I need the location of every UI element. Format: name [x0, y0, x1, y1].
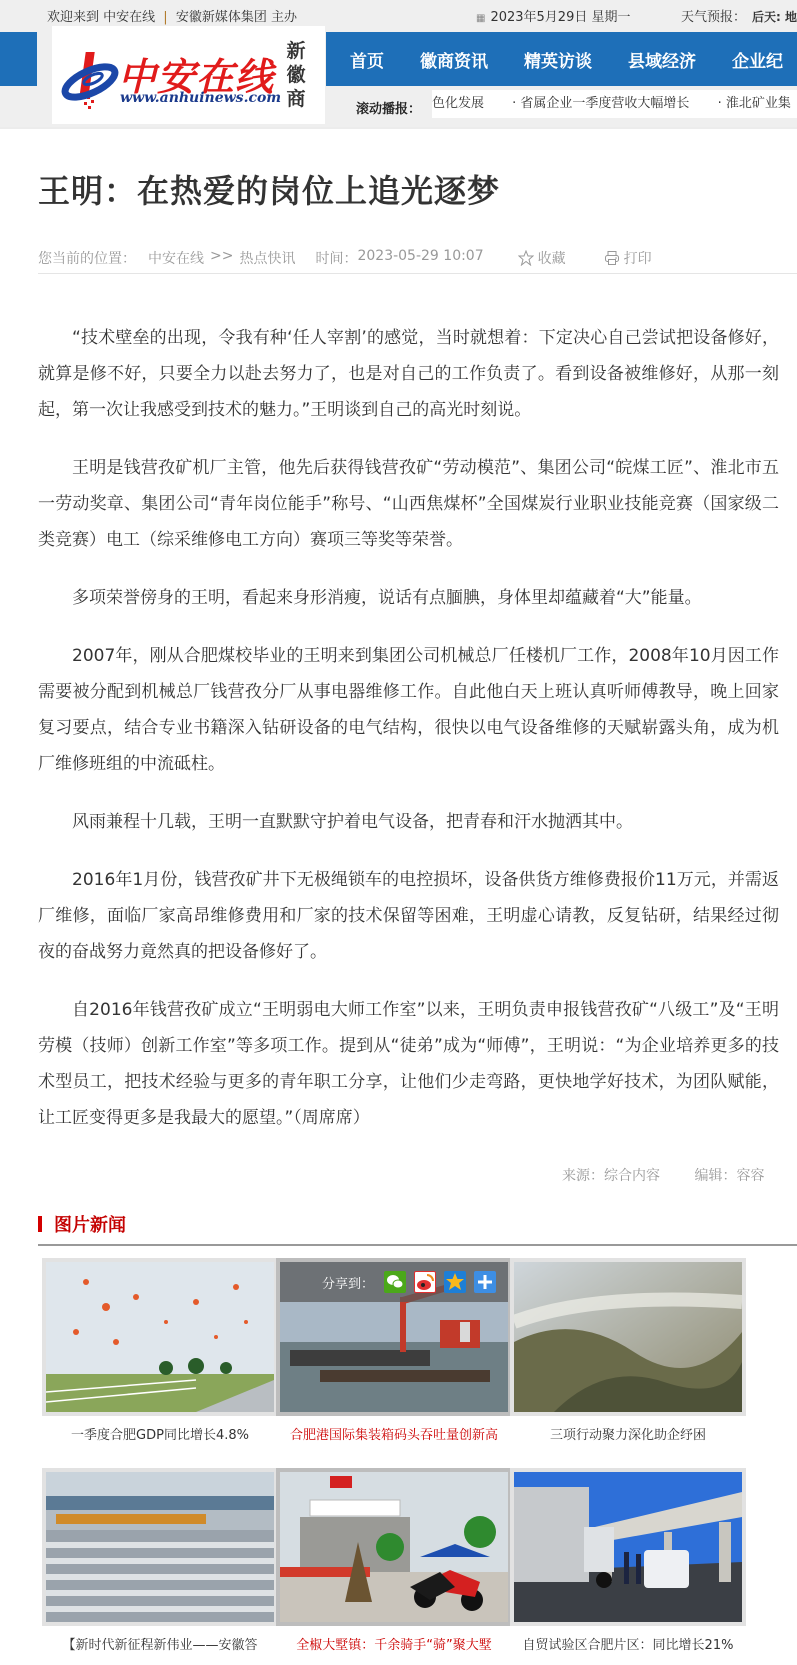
- main-nav: 首页 徽商资讯 精英访谈 县域经济 企业纪: [326, 32, 795, 86]
- channel-name: 新 徽 商: [284, 39, 308, 111]
- terraces-image: [514, 1262, 742, 1412]
- share-bar: 分享到：: [280, 1262, 508, 1302]
- motorbikes-image: [280, 1472, 508, 1622]
- meta-divider: [38, 273, 797, 274]
- news-image-terraces[interactable]: [510, 1258, 746, 1416]
- nav-left-strip: [0, 32, 37, 86]
- nav-item-county-economy[interactable]: 县域经济: [628, 47, 696, 72]
- welcome-separator: |: [163, 10, 167, 25]
- printer-icon: [604, 250, 620, 266]
- print-button[interactable]: 打印: [604, 248, 652, 268]
- news-caption[interactable]: 三项行动聚力深化助企纾困: [510, 1424, 746, 1443]
- news-caption[interactable]: 自贸试验区合肥片区：同比增长21%: [510, 1634, 746, 1653]
- picture-news-item[interactable]: 一季度合肥GDP同比增长4.8%: [42, 1258, 278, 1443]
- ticker-label: 滚动播报：: [356, 98, 421, 117]
- welcome-text: 欢迎来到 中安在线 | 安徽新媒体集团 主办: [47, 6, 297, 25]
- news-caption[interactable]: 合肥港国际集装箱码头吞吐量创新高: [276, 1424, 512, 1443]
- calendar-icon: ▦: [476, 13, 485, 24]
- ticker-item[interactable]: · 淮北矿业集: [718, 96, 791, 111]
- picture-news-item[interactable]: 三项行动聚力深化助企纾困: [510, 1258, 746, 1443]
- article-paragraph: 2007年，刚从合肥煤校毕业的王明来到集团公司机械总厂任楼机厂工作，2008年1…: [38, 638, 779, 782]
- news-image-port[interactable]: 分享到：: [276, 1258, 512, 1416]
- favorite-label: 收藏: [538, 248, 566, 268]
- channel-char: 新: [284, 39, 308, 63]
- article-paragraph: 自2016年钱营孜矿成立“王明弱电大师工作室”以来，王明负责申报钱营孜矿“八级工…: [38, 992, 779, 1136]
- source-label: 来源：综合内容: [562, 1168, 660, 1184]
- channel-char: 徽: [284, 63, 308, 87]
- current-date: ▦2023年5月29日 星期一: [476, 6, 630, 25]
- header-divider: [0, 127, 797, 129]
- welcome-prefix: 欢迎来到 中安在线: [47, 10, 155, 25]
- article-paragraph: 风雨兼程十几载，王明一直默默守护着电气设备，把青春和汗水抛洒其中。: [38, 804, 779, 840]
- share-label: 分享到：: [322, 1273, 374, 1292]
- news-image-motorbikes[interactable]: [276, 1468, 512, 1626]
- favorite-button[interactable]: 收藏: [518, 248, 566, 268]
- article-source: 来源：综合内容 编辑：容容: [562, 1165, 764, 1185]
- picture-news-item[interactable]: 全椒大墅镇：千余骑手“骑”聚大墅: [276, 1468, 512, 1653]
- ticker-item[interactable]: 色化发展: [432, 96, 484, 111]
- article-paragraph: 2016年1月份，钱营孜矿井下无极绳锁车的电控损坏，设备供货方维修费报价11万元…: [38, 862, 779, 970]
- weibo-icon[interactable]: [414, 1271, 436, 1293]
- news-caption[interactable]: 全椒大墅镇：千余骑手“骑”聚大墅: [276, 1634, 512, 1653]
- picture-news-divider: [38, 1244, 797, 1246]
- article-meta: 您当前的位置： 中安在线 >> 热点快讯 时间： 2023-05-29 10:0…: [38, 248, 652, 268]
- site-logo[interactable]: 中安在线 www.anhuinews.com 新 徽 商: [52, 26, 325, 124]
- qzone-icon[interactable]: [444, 1271, 466, 1293]
- picture-news-item[interactable]: 【新时代新征程新伟业——安徽答: [42, 1468, 278, 1653]
- breadcrumb-section[interactable]: 热点快讯: [239, 248, 295, 268]
- date-text: 2023年5月29日 星期一: [490, 10, 630, 25]
- picture-news-item[interactable]: 自贸试验区合肥片区：同比增长21%: [510, 1468, 746, 1653]
- breadcrumb-home[interactable]: 中安在线: [148, 248, 204, 268]
- article-paragraph: “技术壁垒的出现，令我有种‘任人宰割’的感觉，当时就想着：下定决心自己尝试把设备…: [38, 320, 779, 428]
- publish-time: 2023-05-29 10:07: [357, 248, 483, 268]
- cars-image: [46, 1472, 274, 1622]
- more-share-icon[interactable]: [474, 1271, 496, 1293]
- star-icon: [518, 250, 534, 266]
- kites-image: [46, 1262, 274, 1412]
- news-caption[interactable]: 一季度合肥GDP同比增长4.8%: [42, 1424, 278, 1443]
- nav-item-home[interactable]: 首页: [350, 47, 384, 72]
- weather-label: 天气预报：: [681, 10, 746, 25]
- picture-news-title: 图片新闻: [54, 1211, 126, 1237]
- weather-after-tomorrow: 后天: 地: [752, 10, 797, 24]
- welcome-suffix: 安徽新媒体集团 主办: [176, 10, 297, 25]
- news-caption[interactable]: 【新时代新征程新伟业——安徽答: [42, 1634, 278, 1653]
- breadcrumb-label: 您当前的位置：: [38, 248, 136, 268]
- picture-news-heading: 图片新闻: [38, 1212, 126, 1236]
- logo-url: www.anhuinews.com: [120, 90, 281, 106]
- breadcrumb-separator: >>: [210, 248, 233, 268]
- channel-char: 商: [284, 87, 308, 111]
- bonded-zone-image: [514, 1472, 742, 1622]
- picture-news-item[interactable]: 分享到： 合肥港国际集装箱码头吞吐量创新高: [276, 1258, 512, 1443]
- nav-item-enterprise[interactable]: 企业纪: [732, 47, 783, 72]
- article-paragraph: 多项荣誉傍身的王明，看起来身形消瘦，说话有点腼腆，身体里却蕴藏着“大”能量。: [38, 580, 779, 616]
- news-image-cars[interactable]: [42, 1468, 278, 1626]
- ticker-item[interactable]: · 省属企业一季度营收大幅增长: [512, 96, 689, 111]
- time-label: 时间：: [315, 248, 357, 268]
- nav-item-huishang-news[interactable]: 徽商资讯: [420, 47, 488, 72]
- print-label: 打印: [624, 248, 652, 268]
- weather-forecast: 天气预报：后天: 地: [681, 6, 797, 25]
- editor-label: 编辑：容容: [694, 1168, 764, 1184]
- nav-item-elite-interviews[interactable]: 精英访谈: [524, 47, 592, 72]
- article-body: “技术壁垒的出现，令我有种‘任人宰割’的感觉，当时就想着：下定决心自己尝试把设备…: [38, 320, 779, 1158]
- news-image-kites[interactable]: [42, 1258, 278, 1416]
- news-ticker: 色化发展 · 省属企业一季度营收大幅增长 · 淮北矿业集: [432, 90, 797, 118]
- article-paragraph: 王明是钱营孜矿机厂主管，他先后获得钱营孜矿“劳动模范”、集团公司“皖煤工匠”、淮…: [38, 450, 779, 558]
- heading-accent-bar: [38, 1216, 42, 1232]
- wechat-icon[interactable]: [384, 1271, 406, 1293]
- news-image-bonded-zone[interactable]: [510, 1468, 746, 1626]
- logo-mark-icon: [60, 50, 122, 112]
- article-title: 王明：在热爱的岗位上追光逐梦: [38, 166, 500, 212]
